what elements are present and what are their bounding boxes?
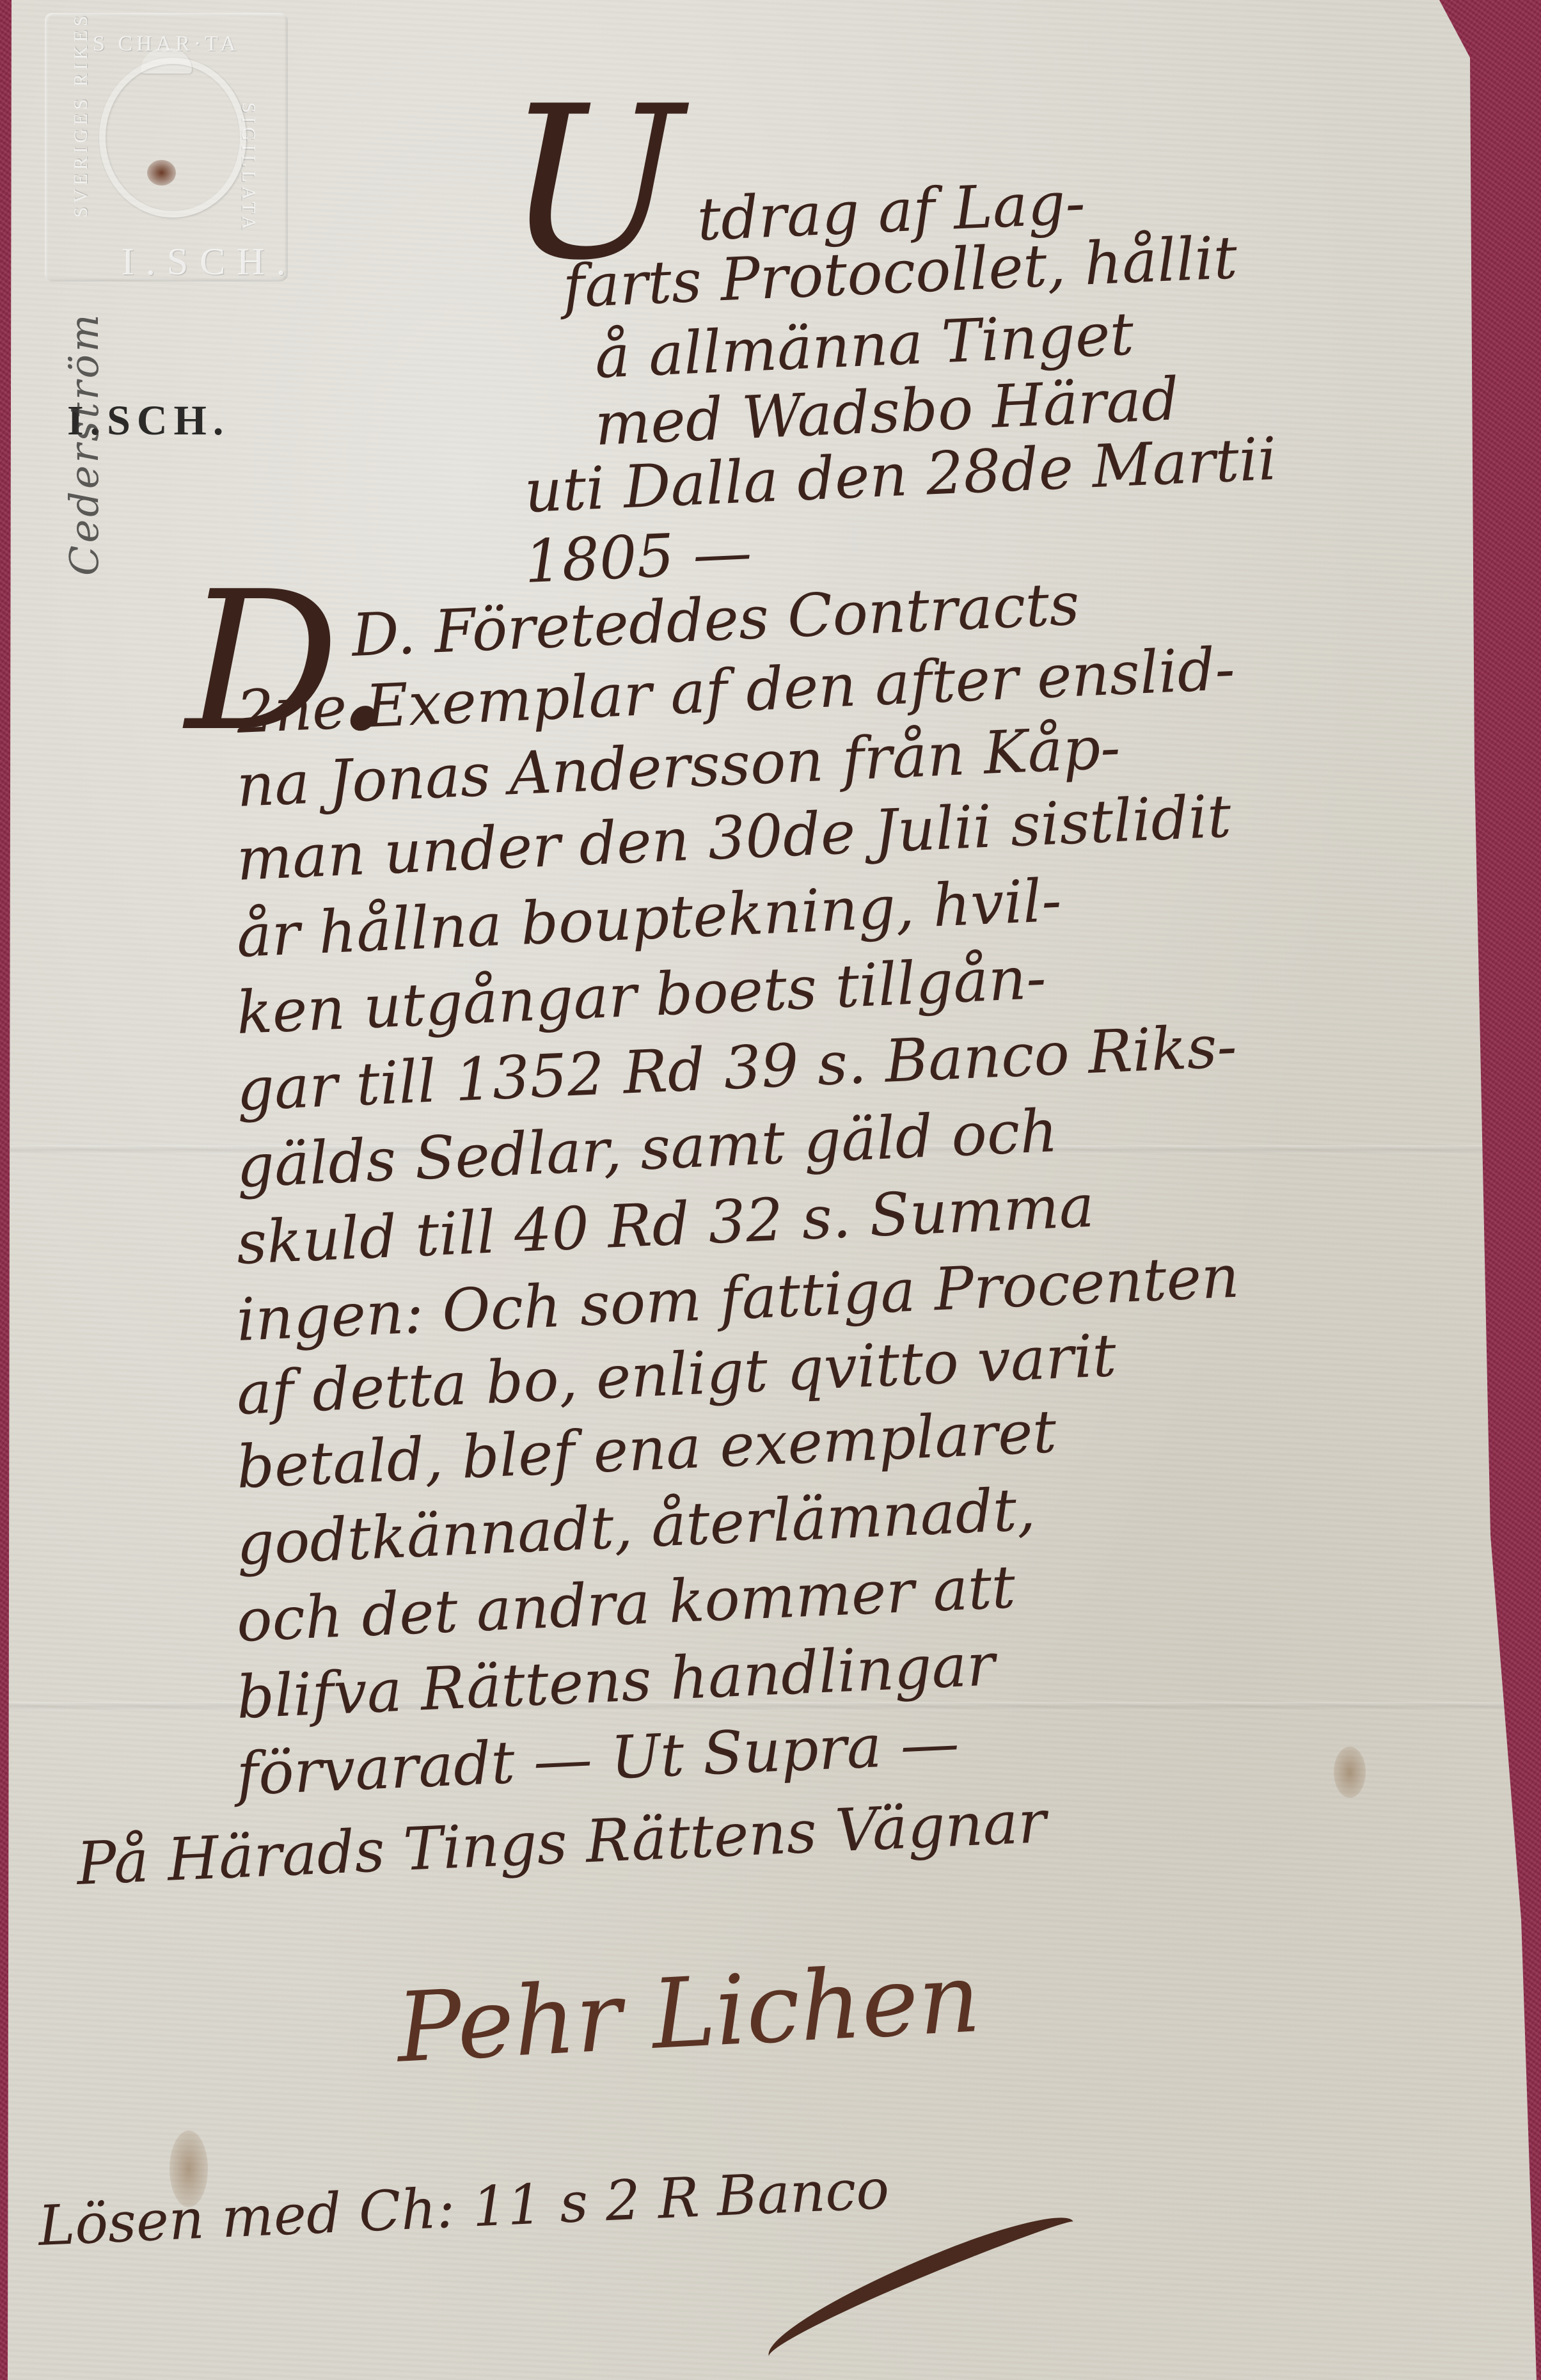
ink-blot xyxy=(147,160,176,186)
stamp-code: I.SCH. xyxy=(122,240,297,284)
heading-line: 1805 — xyxy=(523,518,754,596)
embossed-stamp: S CHAR·TA SVERIGES RIKES SIGILLATA I.SCH… xyxy=(45,13,288,282)
closing-line: På Härads Tings Rättens Vägnar xyxy=(75,1788,1048,1898)
fee-line: Lösen med Ch: 11 s 2 R Banco xyxy=(37,2157,890,2258)
paper-sheet: S CHAR·TA SVERIGES RIKES SIGILLATA I.SCH… xyxy=(0,0,1541,2380)
stamp-legend-left: SVERIGES RIKES xyxy=(70,12,92,218)
signature: Pehr Lichen xyxy=(394,1942,983,2084)
coat-of-arms-icon xyxy=(99,58,246,218)
ink-flourish xyxy=(757,2201,1086,2377)
ink-stain xyxy=(1334,1747,1366,1798)
margin-signature: Cederström xyxy=(61,312,107,576)
